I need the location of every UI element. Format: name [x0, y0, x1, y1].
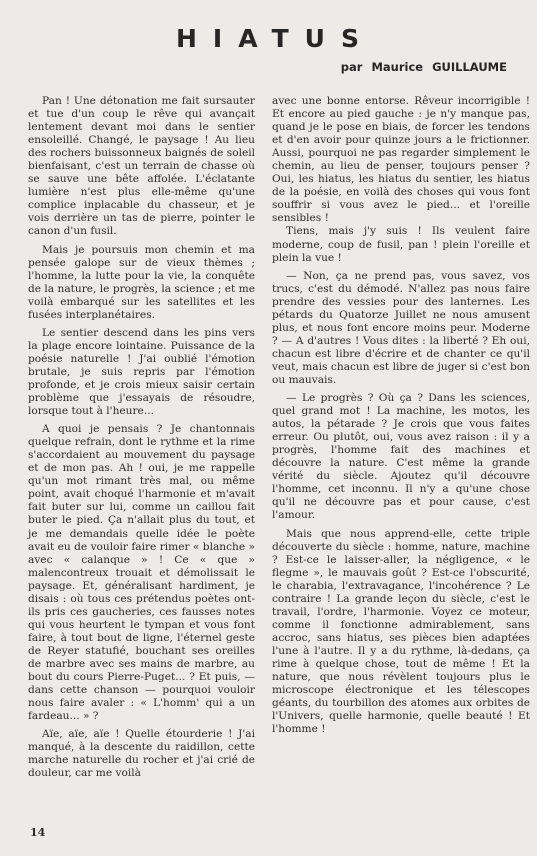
paragraph: A quoi je pensais ? Je chantonnais quelq… — [28, 423, 255, 723]
paragraph: Le sentier descend dans les pins vers la… — [28, 327, 255, 418]
paragraph: Pan ! Une détonation me fait sursauter e… — [28, 95, 255, 239]
page-number: 14 — [30, 826, 45, 839]
paragraph: Mais je poursuis mon chemin et ma pensée… — [28, 244, 255, 322]
paragraph: Aïe, aïe, aïe ! Quelle étourderie ! J'ai… — [28, 728, 255, 780]
paragraph: — Non, ça ne prend pas, vous savez, vos … — [272, 270, 530, 387]
paragraph-continued: avec une bonne entorse. Rêveur incorrigi… — [272, 95, 530, 225]
paragraph: Tiens, mais j'y suis ! Ils veulent faire… — [272, 225, 530, 264]
paragraph: — Le progrès ? Où ça ? Dans les sciences… — [272, 392, 530, 522]
right-column: avec une bonne entorse. Rêveur incorrigi… — [272, 95, 530, 741]
article-byline: par Maurice GUILLAUME — [341, 60, 507, 74]
article-title: HIATUS — [0, 24, 537, 53]
paragraph: Mais que nous apprend-elle, cette triple… — [272, 528, 530, 737]
left-column: Pan ! Une détonation me fait sursauter e… — [28, 95, 255, 785]
